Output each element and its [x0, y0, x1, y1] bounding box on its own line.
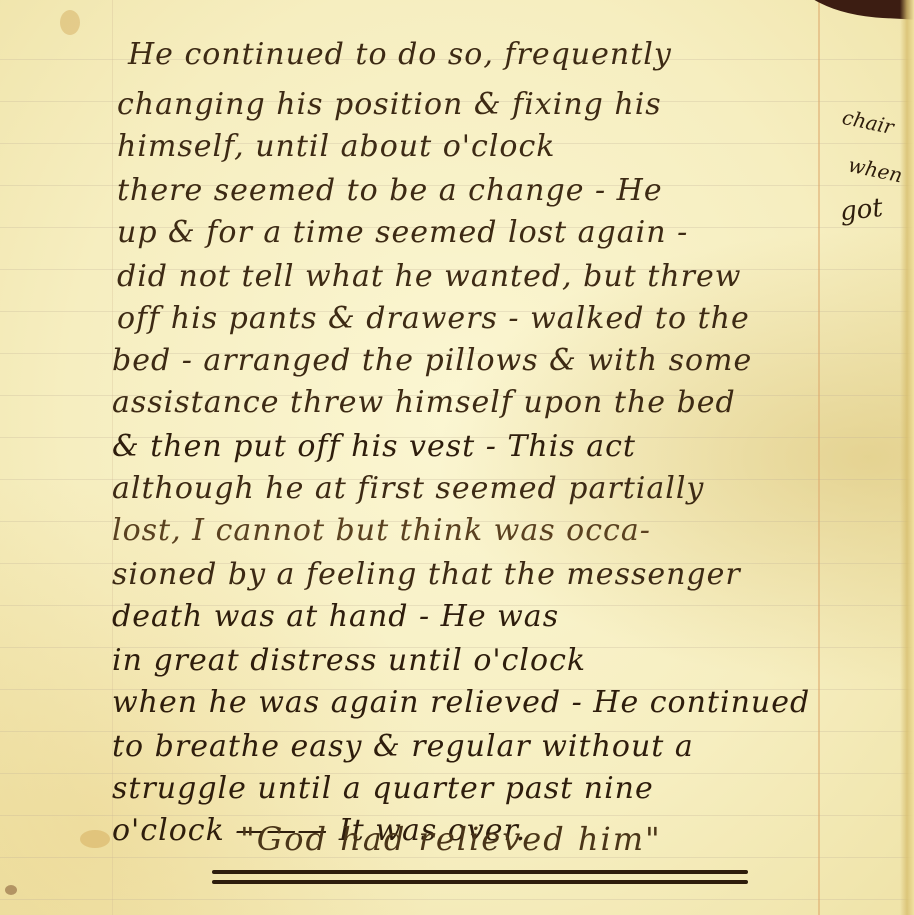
- text-line: there seemed to be a change - He: [117, 176, 663, 206]
- text-line: assistance threw himself upon the bed: [112, 388, 736, 418]
- text-line: lost, I cannot but think was occa-: [112, 516, 651, 546]
- text-line: bed - arranged the pillows & with some: [112, 346, 752, 376]
- double-underline-bottom: [212, 880, 748, 884]
- closing-quote: "God had relieved him": [240, 820, 662, 858]
- text-line: when he was again relieved - He continue…: [112, 688, 810, 718]
- ink-stain: [80, 830, 110, 848]
- page-edge-shadow: [900, 0, 914, 915]
- text-line: did not tell what he wanted, but threw: [117, 262, 741, 292]
- double-underline-top: [212, 870, 748, 874]
- text-line: sioned by a feeling that the messenger: [112, 560, 741, 590]
- text-line: changing his position & fixing his: [117, 90, 662, 120]
- text-line: to breathe easy & regular without a: [112, 732, 694, 762]
- text-line: although he at first seemed partially: [112, 474, 704, 504]
- text-line: himself, until about o'clock: [117, 132, 555, 162]
- text-line: in great distress until o'clock: [112, 646, 586, 676]
- text-line: struggle until a quarter past nine: [112, 774, 654, 804]
- text-line: off his pants & drawers - walked to the: [117, 304, 750, 334]
- text-line: & then put off his vest - This act: [112, 432, 636, 462]
- journal-page: He continued to do so, frequently changi…: [0, 0, 914, 915]
- ink-stain: [5, 885, 17, 895]
- text-line: up & for a time seemed lost again -: [117, 218, 688, 248]
- margin-note: got: [839, 193, 885, 227]
- right-margin-line: [818, 0, 820, 915]
- text-line: He continued to do so, frequently: [128, 40, 672, 70]
- text-line: death was at hand - He was: [112, 602, 559, 632]
- ink-stain: [60, 10, 80, 35]
